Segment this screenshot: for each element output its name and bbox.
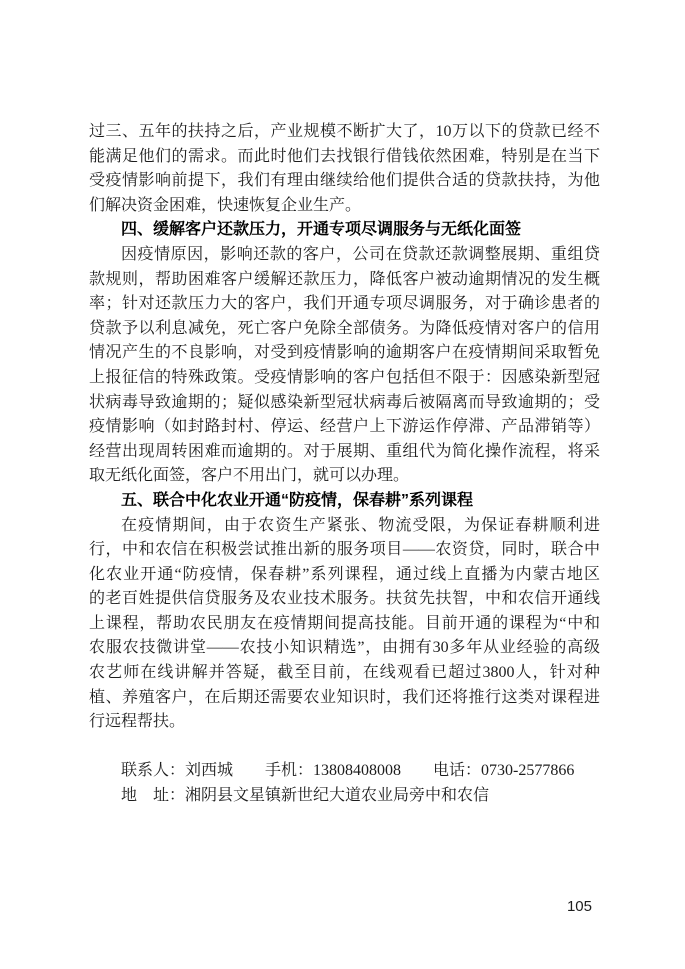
- paragraph-line: 农服农技微讲堂——农技小知识精选”，由拥有30多年从业经验的高级: [89, 636, 600, 661]
- paragraph-line: 的老百姓提供信贷服务及农业技术服务。扶贫先扶智，中和农信开通线: [89, 587, 600, 612]
- paragraph-line: 情况产生的不良影响，对受到疫情影响的逾期客户在疫情期间采取暂免: [89, 341, 600, 366]
- paragraph-line: 疫情影响（如封路封村、停运、经营户上下游运作停滞、产品滞销等）: [89, 415, 600, 440]
- paragraph-line: 们解决资金困难，快速恢复企业生产。: [89, 194, 600, 219]
- paragraph-line: 因疫情原因，影响还款的客户，公司在贷款还款调整展期、重组贷: [89, 243, 600, 268]
- paragraph-line: 率；针对还款压力大的客户，我们开通专项尽调服务，对于确诊患者的: [89, 292, 600, 317]
- paragraph-line: 上课程，帮助农民朋友在疫情期间提高技能。目前开通的课程为“中和: [89, 612, 600, 637]
- contact-line: 地 址：湘阴县文星镇新世纪大道农业局旁中和农信: [89, 784, 600, 809]
- document-body: 过三、五年的扶持之后，产业规模不断扩大了，10万以下的贷款已经不 能满足他们的需…: [89, 120, 600, 809]
- paragraph-line: 植、养殖客户，在后期还需要农业知识时，我们还将推行这类对课程进: [89, 686, 600, 711]
- section-heading-4: 四、缓解客户还款压力，开通专项尽调服务与无纸化面签: [89, 218, 600, 243]
- paragraph-line: 贷款予以利息减免，死亡客户免除全部债务。为降低疫情对客户的信用: [89, 317, 600, 342]
- paragraph-line: 化农业开通“防疫情，保春耕”系列课程，通过线上直播为内蒙古地区: [89, 563, 600, 588]
- paragraph-line: 行，中和农信在积极尝试推出新的服务项目——农资贷，同时，联合中: [89, 538, 600, 563]
- paragraph-line: 状病毒导致逾期的；疑似感染新型冠状病毒后被隔离而导致逾期的；受: [89, 391, 600, 416]
- paragraph-line: 能满足他们的需求。而此时他们去找银行借钱依然困难，特别是在当下: [89, 145, 600, 170]
- section-heading-5: 五、联合中化农业开通“防疫情，保春耕”系列课程: [89, 489, 600, 514]
- document-page: 过三、五年的扶持之后，产业规模不断扩大了，10万以下的贷款已经不 能满足他们的需…: [0, 0, 685, 969]
- paragraph-line: 上报征信的特殊政策。受疫情影响的客户包括但不限于：因感染新型冠: [89, 366, 600, 391]
- paragraph-line: 取无纸化面签，客户不用出门，就可以办理。: [89, 464, 600, 489]
- paragraph-line: 受疫情影响前提下，我们有理由继续给他们提供合适的贷款扶持，为他: [89, 169, 600, 194]
- blank-line: [89, 735, 600, 760]
- contact-line: 联系人：刘西城 手机：13808408008 电话：0730-2577866: [89, 759, 600, 784]
- paragraph-line: 经营出现周转困难而逾期的。对于展期、重组代为简化操作流程，将采: [89, 440, 600, 465]
- paragraph-line: 款规则，帮助困难客户缓解还款压力，降低客户被动逾期情况的发生概: [89, 268, 600, 293]
- paragraph-line: 过三、五年的扶持之后，产业规模不断扩大了，10万以下的贷款已经不: [89, 120, 600, 145]
- paragraph-line: 行远程帮扶。: [89, 710, 600, 735]
- page-number: 105: [567, 898, 592, 916]
- paragraph-line: 农艺师在线讲解并答疑，截至目前，在线观看已超过3800人，针对种: [89, 661, 600, 686]
- paragraph-line: 在疫情期间，由于农资生产紧张、物流受限，为保证春耕顺利进: [89, 514, 600, 539]
